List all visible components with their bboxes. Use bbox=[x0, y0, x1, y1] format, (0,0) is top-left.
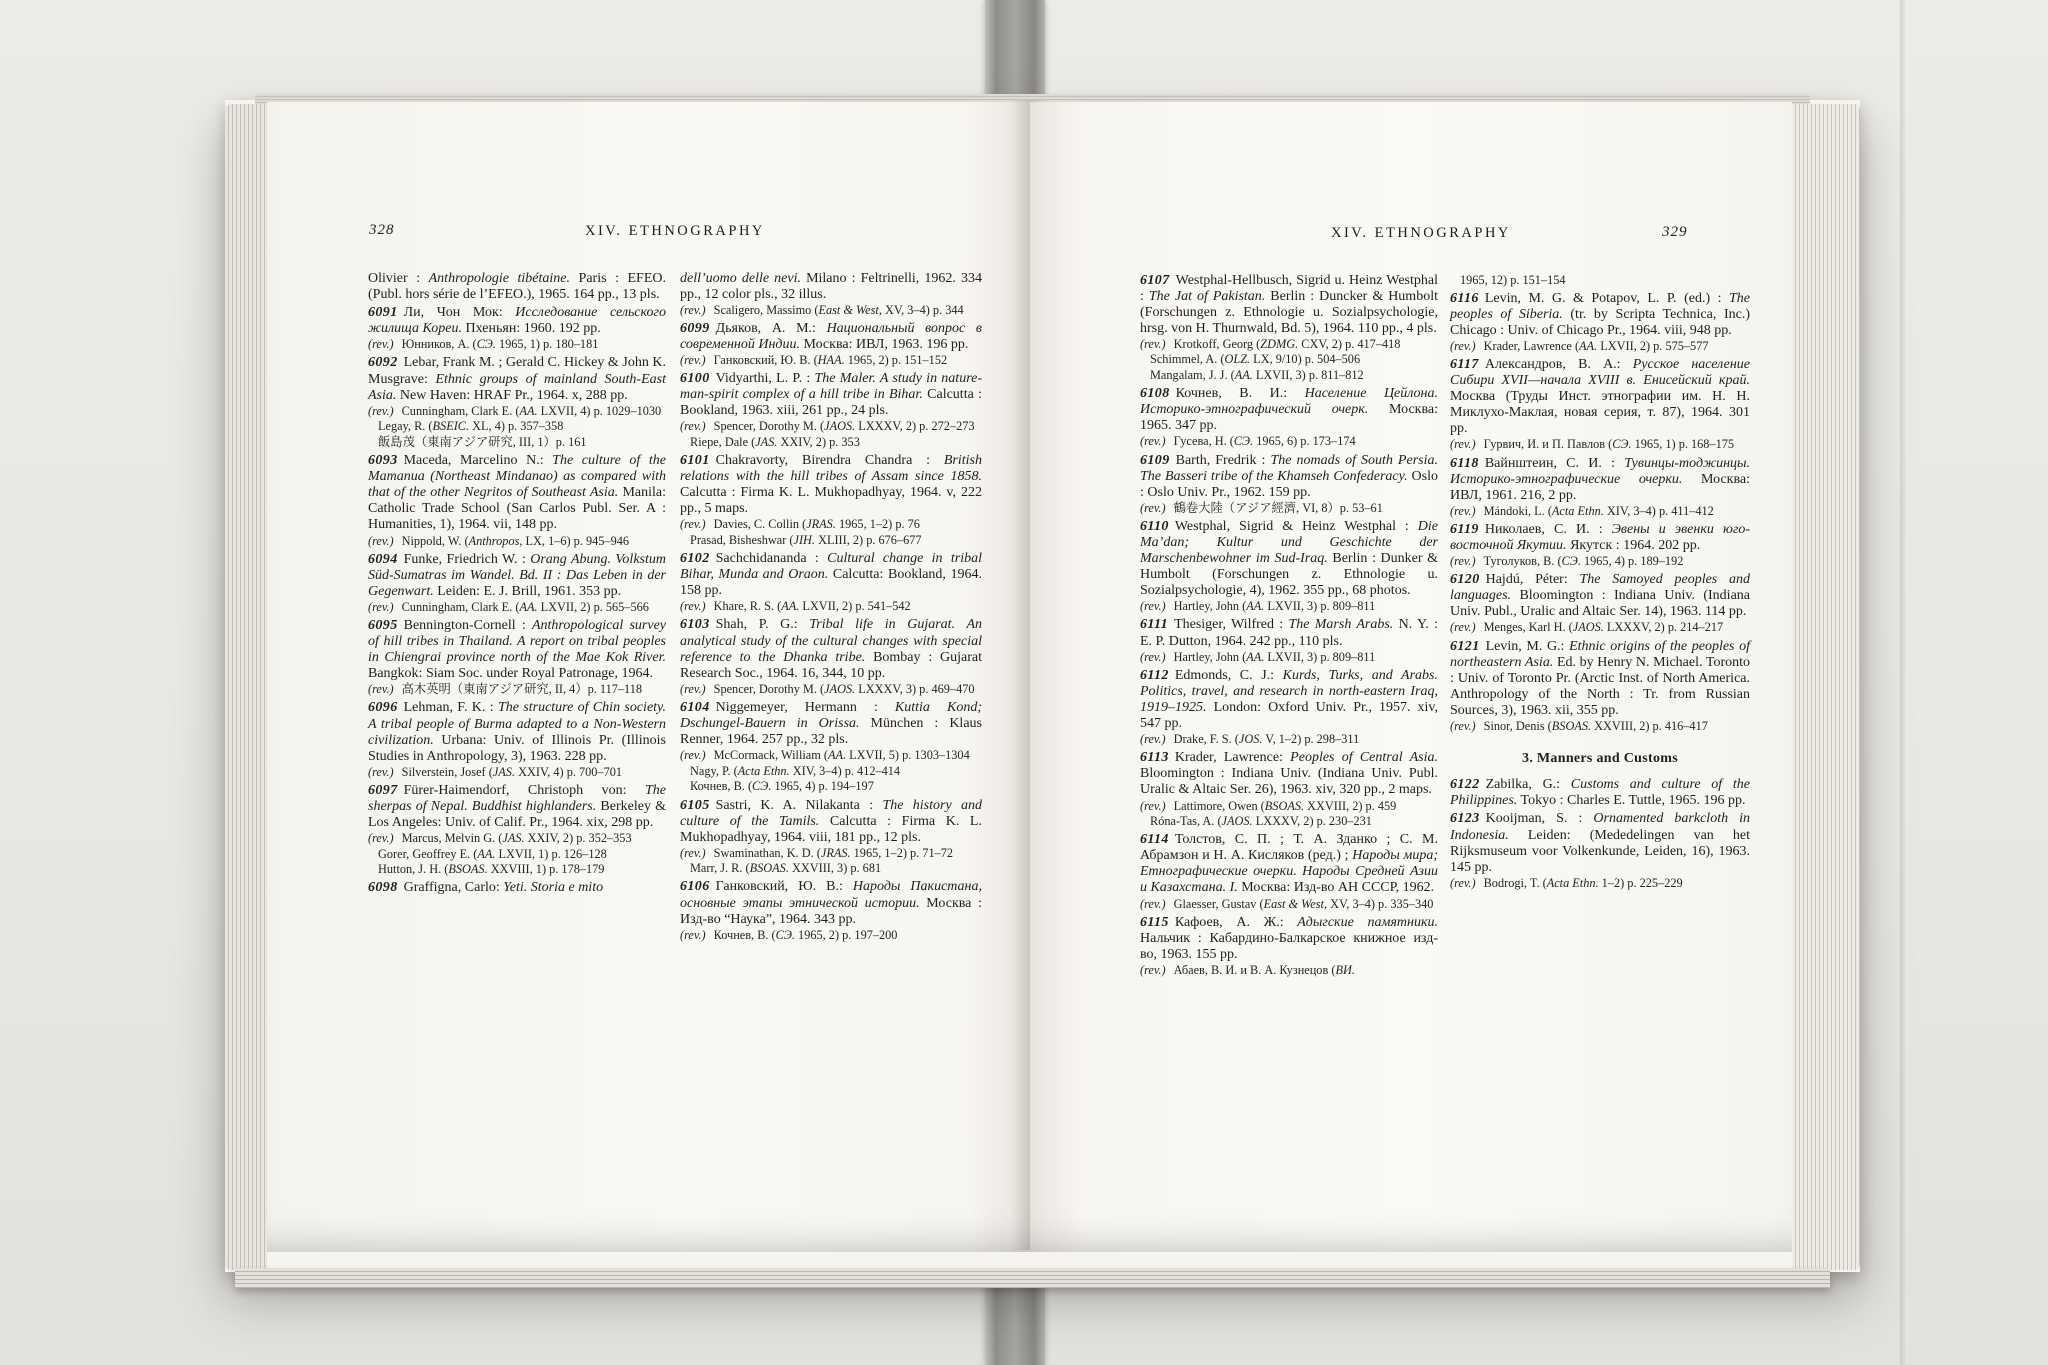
entry-body: dell’uomo delle nevi. Milano : Feltrinel… bbox=[680, 271, 982, 303]
entry-6119: 6119Николаев, С. И. : Эвены и эвенки юго… bbox=[1450, 522, 1750, 570]
entry-6099: 6099Дьяков, А. М.: Национальный вопрос в… bbox=[680, 321, 982, 369]
rev-label: (rev.) bbox=[1140, 337, 1174, 351]
entry-body: 6118Вайнштеин, С. И. : Тувинцы-тоджинцы.… bbox=[1450, 456, 1750, 504]
review-line: (rev.)Mándoki, L. (Acta Ethn. XIV, 3–4) … bbox=[1450, 504, 1750, 520]
rev-label: (rev.) bbox=[680, 353, 714, 367]
rev-label: (rev.) bbox=[1140, 897, 1174, 911]
entry-number: 6118 bbox=[1450, 456, 1485, 471]
entry-number: 6098 bbox=[368, 880, 404, 895]
review-line: (rev.)Scaligero, Massimo (East & West, X… bbox=[680, 303, 982, 319]
entry-body: 6116Levin, M. G. & Potapov, L. P. (ed.) … bbox=[1450, 291, 1750, 339]
entry-6115: 6115Кафоев, А. Ж.: Адыгские памятники. Н… bbox=[1140, 915, 1438, 979]
entry-number: 6099 bbox=[680, 321, 716, 336]
rev-label: (rev.) bbox=[368, 404, 402, 418]
entry-6120: 6120Hajdú, Péter: The Samoyed peoples an… bbox=[1450, 572, 1750, 636]
entry-body: 6108Кочнев, В. И.: Население Цейлона. Ис… bbox=[1140, 386, 1438, 434]
entry-number: 6117 bbox=[1450, 357, 1485, 372]
entry-6105: 6105Sastri, K. A. Nilakanta : The histor… bbox=[680, 798, 982, 877]
entry-6097: 6097Fürer-Haimendorf, Christoph von: The… bbox=[368, 783, 666, 878]
entry-body: 6111Thesiger, Wilfred : The Marsh Arabs.… bbox=[1140, 617, 1438, 649]
entry-6108: 6108Кочнев, В. И.: Население Цейлона. Ис… bbox=[1140, 386, 1438, 450]
entry-number: 6111 bbox=[1140, 617, 1174, 632]
entry-number: 6100 bbox=[680, 371, 716, 386]
entry-body: 6120Hajdú, Péter: The Samoyed peoples an… bbox=[1450, 572, 1750, 620]
entry-number: 6114 bbox=[1140, 832, 1175, 847]
review-line: (rev.)Hartley, John (AA. LXVII, 3) p. 80… bbox=[1140, 650, 1438, 666]
entry-6095: 6095Bennington-Cornell : Anthropological… bbox=[368, 618, 666, 698]
photo-background: 328 XIV. ETHNOGRAPHY Olivier : Anthropol… bbox=[0, 0, 2048, 1365]
entry-body: 6115Кафоев, А. Ж.: Адыгские памятники. Н… bbox=[1140, 915, 1438, 963]
entry-body: 6117Александров, В. А.: Русское населени… bbox=[1450, 357, 1750, 437]
review-line: Riepe, Dale (JAS. XXIV, 2) p. 353 bbox=[680, 435, 982, 451]
entry-number: 6116 bbox=[1450, 291, 1485, 306]
review-line: (rev.)Drake, F. S. (JOS. V, 1–2) p. 298–… bbox=[1140, 732, 1438, 748]
review-line: (rev.)Swaminathan, K. D. (JRAS. 1965, 1–… bbox=[680, 846, 982, 862]
review-line: (rev.)Ганковский, Ю. В. (НАА. 1965, 2) p… bbox=[680, 353, 982, 369]
rev-label: (rev.) bbox=[1450, 504, 1484, 518]
review-line: Gorer, Geoffrey E. (AA. LXVII, 1) p. 126… bbox=[368, 847, 666, 863]
entry-body: 6095Bennington-Cornell : Anthropological… bbox=[368, 618, 666, 682]
rev-label: (rev.) bbox=[1450, 876, 1484, 890]
rev-label: (rev.) bbox=[1140, 501, 1174, 515]
page-edge-stack-right bbox=[1792, 104, 1860, 1270]
entry-6104: 6104Niggemeyer, Hermann : Kuttia Kond; D… bbox=[680, 700, 982, 795]
entry-number: 6113 bbox=[1140, 750, 1175, 765]
rev-label: (rev.) bbox=[368, 682, 402, 696]
review-line: (rev.)Кочнев, В. (СЭ. 1965, 2) p. 197–20… bbox=[680, 928, 982, 944]
entry-body: 6101Chakravorty, Birendra Chandra : Brit… bbox=[680, 453, 982, 517]
section-heading: 3. Manners and Customs bbox=[1450, 751, 1750, 767]
review-line: (rev.)Юнников, А. (СЭ. 1965, 1) p. 180–1… bbox=[368, 337, 666, 353]
entry-body: 6091Ли, Чон Мок: Исследование сельского … bbox=[368, 305, 666, 337]
entry-number: 6115 bbox=[1140, 915, 1175, 930]
rev-label: (rev.) bbox=[1140, 963, 1174, 977]
review-line: (rev.)Nippold, W. (Anthropos, LX, 1–6) p… bbox=[368, 534, 666, 550]
entry-6096: 6096Lehman, F. K. : The structure of Chi… bbox=[368, 700, 666, 780]
entry-6094: 6094Funke, Friedrich W. : Orang Abung. V… bbox=[368, 552, 666, 616]
review-line: (rev.)Marcus, Melvin G. (JAS. XXIV, 2) p… bbox=[368, 831, 666, 847]
review-line: (rev.)Гурвич, И. и П. Павлов (СЭ. 1965, … bbox=[1450, 437, 1750, 453]
review-line: Róna-Tas, A. (JAOS. LXXXV, 2) p. 230–231 bbox=[1140, 814, 1438, 830]
review-line: (rev.)Sinor, Denis (BSOAS. XXVIII, 2) p.… bbox=[1450, 719, 1750, 735]
review-line: (rev.)高木英明（東南アジア研究, II, 4）p. 117–118 bbox=[368, 682, 666, 698]
rev-label: (rev.) bbox=[1140, 650, 1174, 664]
review-line: (rev.)Davies, C. Collin (JRAS. 1965, 1–2… bbox=[680, 517, 982, 533]
entry-body: 6121Levin, M. G.: Ethnic origins of the … bbox=[1450, 639, 1750, 719]
entry-body: Olivier : Anthropologie tibétaine. Paris… bbox=[368, 271, 666, 303]
entry-6101: 6101Chakravorty, Birendra Chandra : Brit… bbox=[680, 453, 982, 549]
entry-6121: 6121Levin, M. G.: Ethnic origins of the … bbox=[1450, 639, 1750, 735]
rev-label: (rev.) bbox=[1450, 719, 1484, 733]
review-line: (rev.)Hartley, John (AA. LXVII, 3) p. 80… bbox=[1140, 599, 1438, 615]
rev-label: (rev.) bbox=[680, 682, 714, 696]
entry-number: 6107 bbox=[1140, 273, 1176, 288]
rev-label: (rev.) bbox=[1450, 339, 1484, 353]
entry-continuation: Olivier : Anthropologie tibétaine. Paris… bbox=[368, 271, 666, 303]
entry-number: 6112 bbox=[1140, 668, 1175, 683]
review-line: (rev.)Lattimore, Owen (BSOAS. XXVIII, 2)… bbox=[1140, 799, 1438, 815]
rev-label: (rev.) bbox=[368, 765, 402, 779]
entry-6112: 6112Edmonds, C. J.: Kurds, Turks, and Ar… bbox=[1140, 668, 1438, 748]
entry-body: 6100Vidyarthi, L. P. : The Maler. A stud… bbox=[680, 371, 982, 419]
page-329: XIV. ETHNOGRAPHY 329 6107Westphal-Hellbu… bbox=[1030, 102, 1792, 1252]
page-edge-stack-left bbox=[225, 104, 267, 1270]
entry-number: 6109 bbox=[1140, 453, 1176, 468]
review-line: (rev.)Абаев, В. И. и В. А. Кузнецов (ВИ. bbox=[1140, 963, 1438, 979]
review-line: Schimmel, A. (OLZ. LX, 9/10) p. 504–506 bbox=[1140, 352, 1438, 368]
entry-6106: 6106Ганковский, Ю. В.: Народы Пакистана,… bbox=[680, 879, 982, 943]
entry-body: 6112Edmonds, C. J.: Kurds, Turks, and Ar… bbox=[1140, 668, 1438, 732]
entry-body: 6110Westphal, Sigrid & Heinz Westphal : … bbox=[1140, 519, 1438, 599]
rev-label: (rev.) bbox=[680, 928, 714, 942]
entry-body: 6104Niggemeyer, Hermann : Kuttia Kond; D… bbox=[680, 700, 982, 748]
entry-body: 6098Graffigna, Carlo: Yeti. Storia e mit… bbox=[368, 880, 666, 896]
entry-6102: 6102Sachchidananda : Cultural change in … bbox=[680, 551, 982, 615]
entry-body: 6099Дьяков, А. М.: Национальный вопрос в… bbox=[680, 321, 982, 353]
entry-6114: 6114Толстов, С. П. ; Т. А. Зданко ; С. М… bbox=[1140, 832, 1438, 912]
rev-label: (rev.) bbox=[368, 337, 402, 351]
review-line: 飯島茂（東南アジア研究, III, 1）p. 161 bbox=[368, 435, 666, 451]
column-2: dell’uomo delle nevi. Milano : Feltrinel… bbox=[680, 268, 982, 1188]
book-spread: 328 XIV. ETHNOGRAPHY Olivier : Anthropol… bbox=[225, 100, 1860, 1272]
entry-number: 6102 bbox=[680, 551, 716, 566]
review-line: Кочнев, В. (СЭ. 1965, 4) p. 194–197 bbox=[680, 779, 982, 795]
entry-number: 6110 bbox=[1140, 519, 1175, 534]
review-line: Mangalam, J. J. (AA. LXVII, 3) p. 811–81… bbox=[1140, 368, 1438, 384]
rev-label: (rev.) bbox=[680, 303, 714, 317]
entry-6092: 6092Lebar, Frank M. ; Gerald C. Hickey &… bbox=[368, 355, 666, 450]
review-line: (rev.)Cunningham, Clark E. (AA. LXVII, 2… bbox=[368, 600, 666, 616]
entry-body: 6097Fürer-Haimendorf, Christoph von: The… bbox=[368, 783, 666, 831]
rev-label: (rev.) bbox=[680, 846, 714, 860]
entry-body: 6122Zabilka, G.: Customs and culture of … bbox=[1450, 777, 1750, 809]
column-1: Olivier : Anthropologie tibétaine. Paris… bbox=[368, 268, 666, 1188]
entry-6110: 6110Westphal, Sigrid & Heinz Westphal : … bbox=[1140, 519, 1438, 615]
entry-6107: 6107Westphal-Hellbusch, Sigrid u. Heinz … bbox=[1140, 273, 1438, 384]
page-number-left: 328 bbox=[369, 222, 395, 239]
entry-6103: 6103Shah, P. G.: Tribal life in Gujarat.… bbox=[680, 617, 982, 697]
review-line: (rev.)Bodrogi, T. (Acta Ethn. 1–2) p. 22… bbox=[1450, 876, 1750, 892]
entry-body: 6094Funke, Friedrich W. : Orang Abung. V… bbox=[368, 552, 666, 600]
review-line: (rev.)Туголуков, В. (СЭ. 1965, 4) p. 189… bbox=[1450, 554, 1750, 570]
entry-body: 6103Shah, P. G.: Tribal life in Gujarat.… bbox=[680, 617, 982, 681]
column-4: 1965, 12) p. 151–1546116Levin, M. G. & P… bbox=[1450, 270, 1750, 1190]
running-head-right: XIV. ETHNOGRAPHY bbox=[1331, 225, 1511, 242]
rev-label: (rev.) bbox=[680, 599, 714, 613]
entry-number: 6101 bbox=[680, 453, 716, 468]
rev-label: (rev.) bbox=[368, 600, 402, 614]
entry-number: 6105 bbox=[680, 798, 716, 813]
rev-label: (rev.) bbox=[680, 748, 714, 762]
review-line: Nagy, P. (Acta Ethn. XIV, 3–4) p. 412–41… bbox=[680, 764, 982, 780]
review-line: (rev.)Spencer, Dorothy M. (JAOS. LXXXV, … bbox=[680, 419, 982, 435]
entry-6098: 6098Graffigna, Carlo: Yeti. Storia e mit… bbox=[368, 880, 666, 896]
entry-number: 6120 bbox=[1450, 572, 1486, 587]
entry-body: 6107Westphal-Hellbusch, Sigrid u. Heinz … bbox=[1140, 273, 1438, 337]
entry-number: 6106 bbox=[680, 879, 716, 894]
entry-body: 6114Толстов, С. П. ; Т. А. Зданко ; С. М… bbox=[1140, 832, 1438, 896]
entry-body: 6119Николаев, С. И. : Эвены и эвенки юго… bbox=[1450, 522, 1750, 554]
rev-label: (rev.) bbox=[368, 831, 402, 845]
review-line: Legay, R. (BSEIC. XL, 4) p. 357–358 bbox=[368, 419, 666, 435]
review-line: (rev.)Glaesser, Gustav (East & West, XV,… bbox=[1140, 897, 1438, 913]
entry-number: 6121 bbox=[1450, 639, 1486, 654]
rev-label: (rev.) bbox=[1140, 434, 1174, 448]
entry-6093: 6093Maceda, Marcelino N.: The culture of… bbox=[368, 453, 666, 549]
entry-number: 6092 bbox=[368, 355, 404, 370]
entry-number: 6104 bbox=[680, 700, 716, 715]
entry-number: 6091 bbox=[368, 305, 404, 320]
rev-label: (rev.) bbox=[1450, 437, 1484, 451]
entry-body: 6106Ганковский, Ю. В.: Народы Пакистана,… bbox=[680, 879, 982, 927]
entry-body: 6093Maceda, Marcelino N.: The culture of… bbox=[368, 453, 666, 533]
entry-6118: 6118Вайнштеин, С. И. : Тувинцы-тоджинцы.… bbox=[1450, 456, 1750, 520]
entry-number: 6097 bbox=[368, 783, 404, 798]
entry-continuation: 1965, 12) p. 151–154 bbox=[1450, 273, 1750, 289]
review-line: (rev.)Cunningham, Clark E. (AA. LXVII, 4… bbox=[368, 404, 666, 420]
page-328: 328 XIV. ETHNOGRAPHY Olivier : Anthropol… bbox=[267, 102, 1030, 1252]
entry-number: 6122 bbox=[1450, 777, 1486, 792]
review-line: (rev.)Krotkoff, Georg (ZDMG. CXV, 2) p. … bbox=[1140, 337, 1438, 353]
review-line: Prasad, Bisheshwar (JIH. XLIII, 2) p. 67… bbox=[680, 533, 982, 549]
rev-label: (rev.) bbox=[1140, 599, 1174, 613]
entry-body: 6096Lehman, F. K. : The structure of Chi… bbox=[368, 700, 666, 764]
review-line: (rev.)Khare, R. S. (AA. LXVII, 2) p. 541… bbox=[680, 599, 982, 615]
rev-label: (rev.) bbox=[1450, 554, 1484, 568]
entry-body: 6123Kooijman, S. : Ornamented barkcloth … bbox=[1450, 811, 1750, 875]
entry-number: 6095 bbox=[368, 618, 404, 633]
entry-6100: 6100Vidyarthi, L. P. : The Maler. A stud… bbox=[680, 371, 982, 450]
review-line: Hutton, J. H. (BSOAS. XXVIII, 1) p. 178–… bbox=[368, 862, 666, 878]
review-continuation: 1965, 12) p. 151–154 bbox=[1450, 273, 1750, 289]
entry-number: 6123 bbox=[1450, 811, 1486, 826]
rev-label: (rev.) bbox=[1140, 732, 1174, 746]
review-line: (rev.)Silverstein, Josef (JAS. XXIV, 4) … bbox=[368, 765, 666, 781]
review-line: (rev.)Гусева, Н. (СЭ. 1965, 6) p. 173–17… bbox=[1140, 434, 1438, 450]
rev-label: (rev.) bbox=[1140, 799, 1174, 813]
entry-body: 6109Barth, Fredrik : The nomads of South… bbox=[1140, 453, 1438, 501]
background-seam bbox=[1900, 0, 1908, 1365]
entry-6111: 6111Thesiger, Wilfred : The Marsh Arabs.… bbox=[1140, 617, 1438, 665]
entry-number: 6096 bbox=[368, 700, 404, 715]
review-line: (rev.)鶴卷大陸（アジア經濟, VI, 8）p. 53–61 bbox=[1140, 501, 1438, 517]
entry-6091: 6091Ли, Чон Мок: Исследование сельского … bbox=[368, 305, 666, 353]
rev-label: (rev.) bbox=[680, 419, 714, 433]
column-3: 6107Westphal-Hellbusch, Sigrid u. Heinz … bbox=[1140, 270, 1438, 1190]
review-line: (rev.)McCormack, William (AA. LXVII, 5) … bbox=[680, 748, 982, 764]
entry-body: 6092Lebar, Frank M. ; Gerald C. Hickey &… bbox=[368, 355, 666, 403]
entry-body: 6113Krader, Lawrence: Peoples of Central… bbox=[1140, 750, 1438, 798]
rev-label: (rev.) bbox=[368, 534, 402, 548]
review-line: (rev.)Menges, Karl H. (JAOS. LXXXV, 2) p… bbox=[1450, 620, 1750, 636]
entry-number: 6103 bbox=[680, 617, 716, 632]
review-line: Marr, J. R. (BSOAS. XXVIII, 3) p. 681 bbox=[680, 861, 982, 877]
entry-number: 6094 bbox=[368, 552, 404, 567]
entry-number: 6119 bbox=[1450, 522, 1485, 537]
review-line: (rev.)Krader, Lawrence (AA. LXVII, 2) p.… bbox=[1450, 339, 1750, 355]
entry-6109: 6109Barth, Fredrik : The nomads of South… bbox=[1140, 453, 1438, 517]
rev-label: (rev.) bbox=[680, 517, 714, 531]
entry-6123: 6123Kooijman, S. : Ornamented barkcloth … bbox=[1450, 811, 1750, 891]
entry-6117: 6117Александров, В. А.: Русское населени… bbox=[1450, 357, 1750, 453]
entry-body: 6102Sachchidananda : Cultural change in … bbox=[680, 551, 982, 599]
entry-number: 6093 bbox=[368, 453, 404, 468]
page-number-right: 329 bbox=[1662, 224, 1688, 241]
rev-label: (rev.) bbox=[1450, 620, 1484, 634]
entry-6113: 6113Krader, Lawrence: Peoples of Central… bbox=[1140, 750, 1438, 829]
entry-number: 6108 bbox=[1140, 386, 1176, 401]
review-line: (rev.)Spencer, Dorothy M. (JAOS. LXXXV, … bbox=[680, 682, 982, 698]
entry-continuation: dell’uomo delle nevi. Milano : Feltrinel… bbox=[680, 271, 982, 319]
running-head-left: XIV. ETHNOGRAPHY bbox=[585, 223, 765, 240]
entry-6116: 6116Levin, M. G. & Potapov, L. P. (ed.) … bbox=[1450, 291, 1750, 355]
entry-6122: 6122Zabilka, G.: Customs and culture of … bbox=[1450, 777, 1750, 809]
entry-body: 6105Sastri, K. A. Nilakanta : The histor… bbox=[680, 798, 982, 846]
